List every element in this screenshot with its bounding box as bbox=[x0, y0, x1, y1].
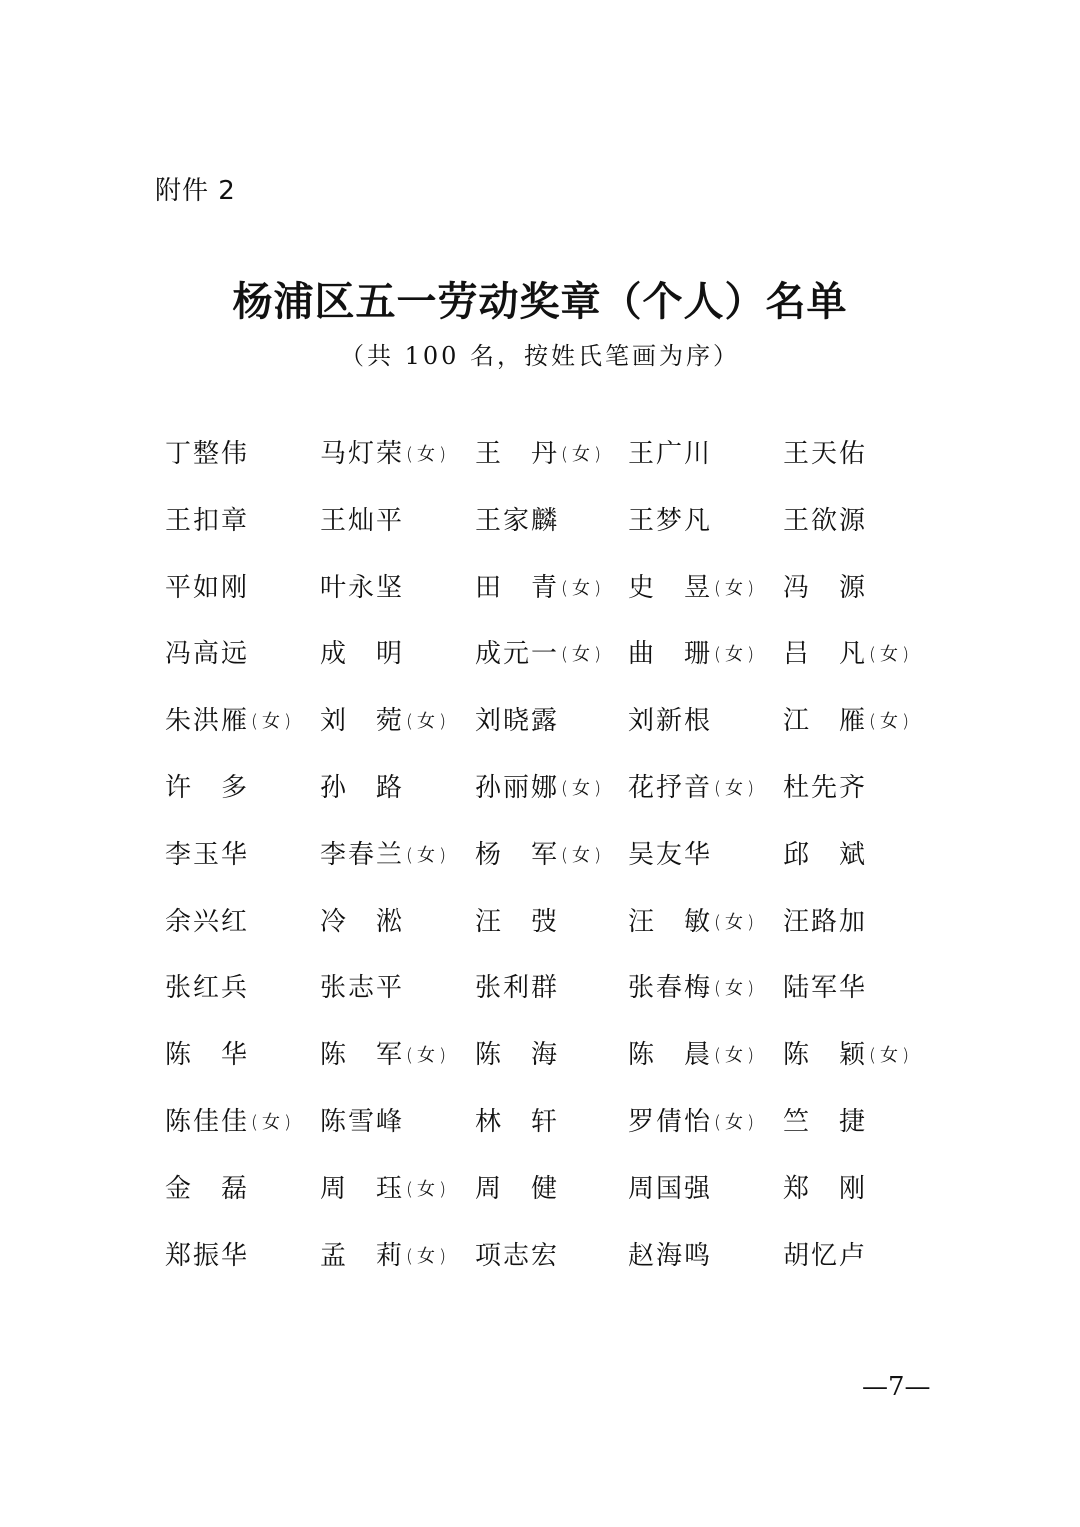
name-entry: 王 丹(女) bbox=[475, 436, 605, 473]
person-name: 刘晓露 bbox=[475, 703, 559, 739]
name-entry: 刘晓露 bbox=[475, 703, 559, 739]
person-name: 成 明 bbox=[320, 636, 404, 672]
name-row: 郑振华孟 莉(女)项志宏赵海鸣胡忆卢 bbox=[165, 1238, 935, 1305]
person-name: 余兴红 bbox=[165, 904, 249, 940]
person-name: 曲 珊 bbox=[628, 636, 712, 672]
name-entry: 郑 刚 bbox=[783, 1171, 867, 1207]
name-entry: 周 珏(女) bbox=[320, 1171, 450, 1208]
person-name: 吕 凡 bbox=[783, 636, 867, 672]
name-entry: 刘新根 bbox=[628, 703, 712, 739]
name-entry: 冷 淞 bbox=[320, 904, 404, 940]
name-entry: 竺 捷 bbox=[783, 1104, 867, 1140]
name-entry: 周国强 bbox=[628, 1171, 712, 1207]
female-marker: (女) bbox=[714, 912, 758, 933]
person-name: 罗倩怡 bbox=[628, 1104, 712, 1140]
person-name: 汪 敏 bbox=[628, 904, 712, 940]
name-entry: 周 健 bbox=[475, 1171, 559, 1207]
person-name: 杨 军 bbox=[475, 837, 559, 873]
person-name: 刘 菀 bbox=[320, 703, 404, 739]
person-name: 孟 莉 bbox=[320, 1238, 404, 1274]
name-entry: 叶永坚 bbox=[320, 570, 404, 606]
name-entry: 陈 晨(女) bbox=[628, 1037, 758, 1074]
name-entry: 刘 菀(女) bbox=[320, 703, 450, 740]
name-entry: 成元一(女) bbox=[475, 636, 605, 673]
name-entry: 史 昱(女) bbox=[628, 570, 758, 607]
female-marker: (女) bbox=[406, 1246, 450, 1267]
name-entry: 平如刚 bbox=[165, 570, 249, 606]
person-name: 田 青 bbox=[475, 570, 559, 606]
name-entry: 李春兰(女) bbox=[320, 837, 450, 874]
person-name: 张利群 bbox=[475, 970, 559, 1006]
person-name: 邱 斌 bbox=[783, 837, 867, 873]
person-name: 陈 海 bbox=[475, 1037, 559, 1073]
female-marker: (女) bbox=[714, 644, 758, 665]
female-marker: (女) bbox=[406, 711, 450, 732]
person-name: 王家麟 bbox=[475, 503, 559, 539]
name-entry: 王灿平 bbox=[320, 503, 404, 539]
person-name: 冯高远 bbox=[165, 636, 249, 672]
name-entry: 陆军华 bbox=[783, 970, 867, 1006]
name-entry: 陈雪峰 bbox=[320, 1104, 404, 1140]
female-marker: (女) bbox=[561, 578, 605, 599]
person-name: 史 昱 bbox=[628, 570, 712, 606]
name-entry: 曲 珊(女) bbox=[628, 636, 758, 673]
female-marker: (女) bbox=[561, 778, 605, 799]
name-row: 张红兵张志平张利群张春梅(女)陆军华 bbox=[165, 970, 935, 1037]
name-row: 陈 华陈 军(女)陈 海陈 晨(女)陈 颖(女) bbox=[165, 1037, 935, 1104]
name-entry: 孟 莉(女) bbox=[320, 1238, 450, 1275]
name-entry: 吕 凡(女) bbox=[783, 636, 913, 673]
person-name: 冯 源 bbox=[783, 570, 867, 606]
name-entry: 朱洪雁(女) bbox=[165, 703, 295, 740]
person-name: 孙丽娜 bbox=[475, 770, 559, 806]
name-entry: 花抒音(女) bbox=[628, 770, 758, 807]
person-name: 陈雪峰 bbox=[320, 1104, 404, 1140]
name-entry: 王梦凡 bbox=[628, 503, 712, 539]
person-name: 胡忆卢 bbox=[783, 1238, 867, 1274]
name-entry: 余兴红 bbox=[165, 904, 249, 940]
name-entry: 孙 路 bbox=[320, 770, 404, 806]
name-entry: 赵海鸣 bbox=[628, 1238, 712, 1274]
female-marker: (女) bbox=[869, 1045, 913, 1066]
person-name: 王欲源 bbox=[783, 503, 867, 539]
person-name: 周 珏 bbox=[320, 1171, 404, 1207]
name-entry: 胡忆卢 bbox=[783, 1238, 867, 1274]
name-entry: 王广川 bbox=[628, 436, 712, 472]
person-name: 朱洪雁 bbox=[165, 703, 249, 739]
person-name: 项志宏 bbox=[475, 1238, 559, 1274]
name-entry: 林 轩 bbox=[475, 1104, 559, 1140]
person-name: 平如刚 bbox=[165, 570, 249, 606]
name-entry: 孙丽娜(女) bbox=[475, 770, 605, 807]
name-row: 丁整伟马灯荣(女)王 丹(女)王广川王天佑 bbox=[165, 436, 935, 503]
page-title: 杨浦区五一劳动奖章（个人）名单 bbox=[0, 270, 1080, 327]
name-entry: 陈 颖(女) bbox=[783, 1037, 913, 1074]
name-entry: 杨 军(女) bbox=[475, 837, 605, 874]
person-name: 丁整伟 bbox=[165, 436, 249, 472]
name-entry: 邱 斌 bbox=[783, 837, 867, 873]
female-marker: (女) bbox=[561, 644, 605, 665]
person-name: 李玉华 bbox=[165, 837, 249, 873]
female-marker: (女) bbox=[714, 578, 758, 599]
person-name: 王灿平 bbox=[320, 503, 404, 539]
person-name: 王天佑 bbox=[783, 436, 867, 472]
name-row: 王扣章王灿平王家麟王梦凡王欲源 bbox=[165, 503, 935, 570]
female-marker: (女) bbox=[406, 1179, 450, 1200]
person-name: 李春兰 bbox=[320, 837, 404, 873]
person-name: 马灯荣 bbox=[320, 436, 404, 472]
name-entry: 许 多 bbox=[165, 770, 249, 806]
name-entry: 陈 海 bbox=[475, 1037, 559, 1073]
female-marker: (女) bbox=[561, 444, 605, 465]
female-marker: (女) bbox=[251, 711, 295, 732]
name-entry: 杜先齐 bbox=[783, 770, 867, 806]
person-name: 林 轩 bbox=[475, 1104, 559, 1140]
person-name: 冷 淞 bbox=[320, 904, 404, 940]
page-subtitle: （共 100 名，按姓氏笔画为序） bbox=[0, 336, 1080, 371]
person-name: 陈 军 bbox=[320, 1037, 404, 1073]
person-name: 许 多 bbox=[165, 770, 249, 806]
person-name: 叶永坚 bbox=[320, 570, 404, 606]
person-name: 金 磊 bbox=[165, 1171, 249, 1207]
female-marker: (女) bbox=[406, 845, 450, 866]
female-marker: (女) bbox=[714, 778, 758, 799]
name-entry: 陈 军(女) bbox=[320, 1037, 450, 1074]
name-entry: 冯 源 bbox=[783, 570, 867, 606]
person-name: 花抒音 bbox=[628, 770, 712, 806]
person-name: 陈 华 bbox=[165, 1037, 249, 1073]
name-entry: 张红兵 bbox=[165, 970, 249, 1006]
name-entry: 罗倩怡(女) bbox=[628, 1104, 758, 1141]
name-entry: 吴友华 bbox=[628, 837, 712, 873]
name-entry: 王欲源 bbox=[783, 503, 867, 539]
name-entry: 张春梅(女) bbox=[628, 970, 758, 1007]
female-marker: (女) bbox=[714, 1045, 758, 1066]
name-row: 朱洪雁(女)刘 菀(女)刘晓露刘新根江 雁(女) bbox=[165, 703, 935, 770]
person-name: 郑振华 bbox=[165, 1238, 249, 1274]
name-list: 丁整伟马灯荣(女)王 丹(女)王广川王天佑王扣章王灿平王家麟王梦凡王欲源平如刚叶… bbox=[165, 436, 935, 1304]
person-name: 张志平 bbox=[320, 970, 404, 1006]
name-entry: 田 青(女) bbox=[475, 570, 605, 607]
person-name: 陆军华 bbox=[783, 970, 867, 1006]
person-name: 王扣章 bbox=[165, 503, 249, 539]
name-row: 许 多孙 路孙丽娜(女)花抒音(女)杜先齐 bbox=[165, 770, 935, 837]
female-marker: (女) bbox=[251, 1112, 295, 1133]
female-marker: (女) bbox=[561, 845, 605, 866]
female-marker: (女) bbox=[714, 1112, 758, 1133]
name-entry: 汪 敏(女) bbox=[628, 904, 758, 941]
person-name: 杜先齐 bbox=[783, 770, 867, 806]
female-marker: (女) bbox=[406, 444, 450, 465]
attachment-label: 附件 2 bbox=[155, 170, 236, 207]
female-marker: (女) bbox=[714, 978, 758, 999]
name-entry: 丁整伟 bbox=[165, 436, 249, 472]
name-entry: 金 磊 bbox=[165, 1171, 249, 1207]
name-row: 金 磊周 珏(女)周 健周国强郑 刚 bbox=[165, 1171, 935, 1238]
person-name: 王广川 bbox=[628, 436, 712, 472]
name-entry: 汪 弢 bbox=[475, 904, 559, 940]
person-name: 周 健 bbox=[475, 1171, 559, 1207]
name-entry: 冯高远 bbox=[165, 636, 249, 672]
name-entry: 陈 华 bbox=[165, 1037, 249, 1073]
name-entry: 张利群 bbox=[475, 970, 559, 1006]
name-entry: 王扣章 bbox=[165, 503, 249, 539]
person-name: 郑 刚 bbox=[783, 1171, 867, 1207]
name-row: 李玉华李春兰(女)杨 军(女)吴友华邱 斌 bbox=[165, 837, 935, 904]
person-name: 江 雁 bbox=[783, 703, 867, 739]
person-name: 陈 晨 bbox=[628, 1037, 712, 1073]
name-entry: 江 雁(女) bbox=[783, 703, 913, 740]
name-entry: 项志宏 bbox=[475, 1238, 559, 1274]
female-marker: (女) bbox=[406, 1045, 450, 1066]
person-name: 竺 捷 bbox=[783, 1104, 867, 1140]
page-number: —7— bbox=[862, 1372, 931, 1402]
person-name: 周国强 bbox=[628, 1171, 712, 1207]
person-name: 张春梅 bbox=[628, 970, 712, 1006]
name-entry: 李玉华 bbox=[165, 837, 249, 873]
person-name: 吴友华 bbox=[628, 837, 712, 873]
name-entry: 王天佑 bbox=[783, 436, 867, 472]
name-entry: 陈佳佳(女) bbox=[165, 1104, 295, 1141]
person-name: 汪路加 bbox=[783, 904, 867, 940]
person-name: 汪 弢 bbox=[475, 904, 559, 940]
female-marker: (女) bbox=[869, 711, 913, 732]
name-row: 平如刚叶永坚田 青(女)史 昱(女)冯 源 bbox=[165, 570, 935, 637]
person-name: 孙 路 bbox=[320, 770, 404, 806]
female-marker: (女) bbox=[869, 644, 913, 665]
name-entry: 郑振华 bbox=[165, 1238, 249, 1274]
name-row: 冯高远成 明成元一(女)曲 珊(女)吕 凡(女) bbox=[165, 636, 935, 703]
person-name: 陈佳佳 bbox=[165, 1104, 249, 1140]
person-name: 成元一 bbox=[475, 636, 559, 672]
person-name: 张红兵 bbox=[165, 970, 249, 1006]
name-entry: 成 明 bbox=[320, 636, 404, 672]
person-name: 陈 颖 bbox=[783, 1037, 867, 1073]
name-entry: 王家麟 bbox=[475, 503, 559, 539]
name-entry: 张志平 bbox=[320, 970, 404, 1006]
name-row: 陈佳佳(女)陈雪峰林 轩罗倩怡(女)竺 捷 bbox=[165, 1104, 935, 1171]
person-name: 刘新根 bbox=[628, 703, 712, 739]
name-row: 余兴红冷 淞汪 弢汪 敏(女)汪路加 bbox=[165, 904, 935, 971]
person-name: 王梦凡 bbox=[628, 503, 712, 539]
name-entry: 汪路加 bbox=[783, 904, 867, 940]
person-name: 王 丹 bbox=[475, 436, 559, 472]
person-name: 赵海鸣 bbox=[628, 1238, 712, 1274]
name-entry: 马灯荣(女) bbox=[320, 436, 450, 473]
